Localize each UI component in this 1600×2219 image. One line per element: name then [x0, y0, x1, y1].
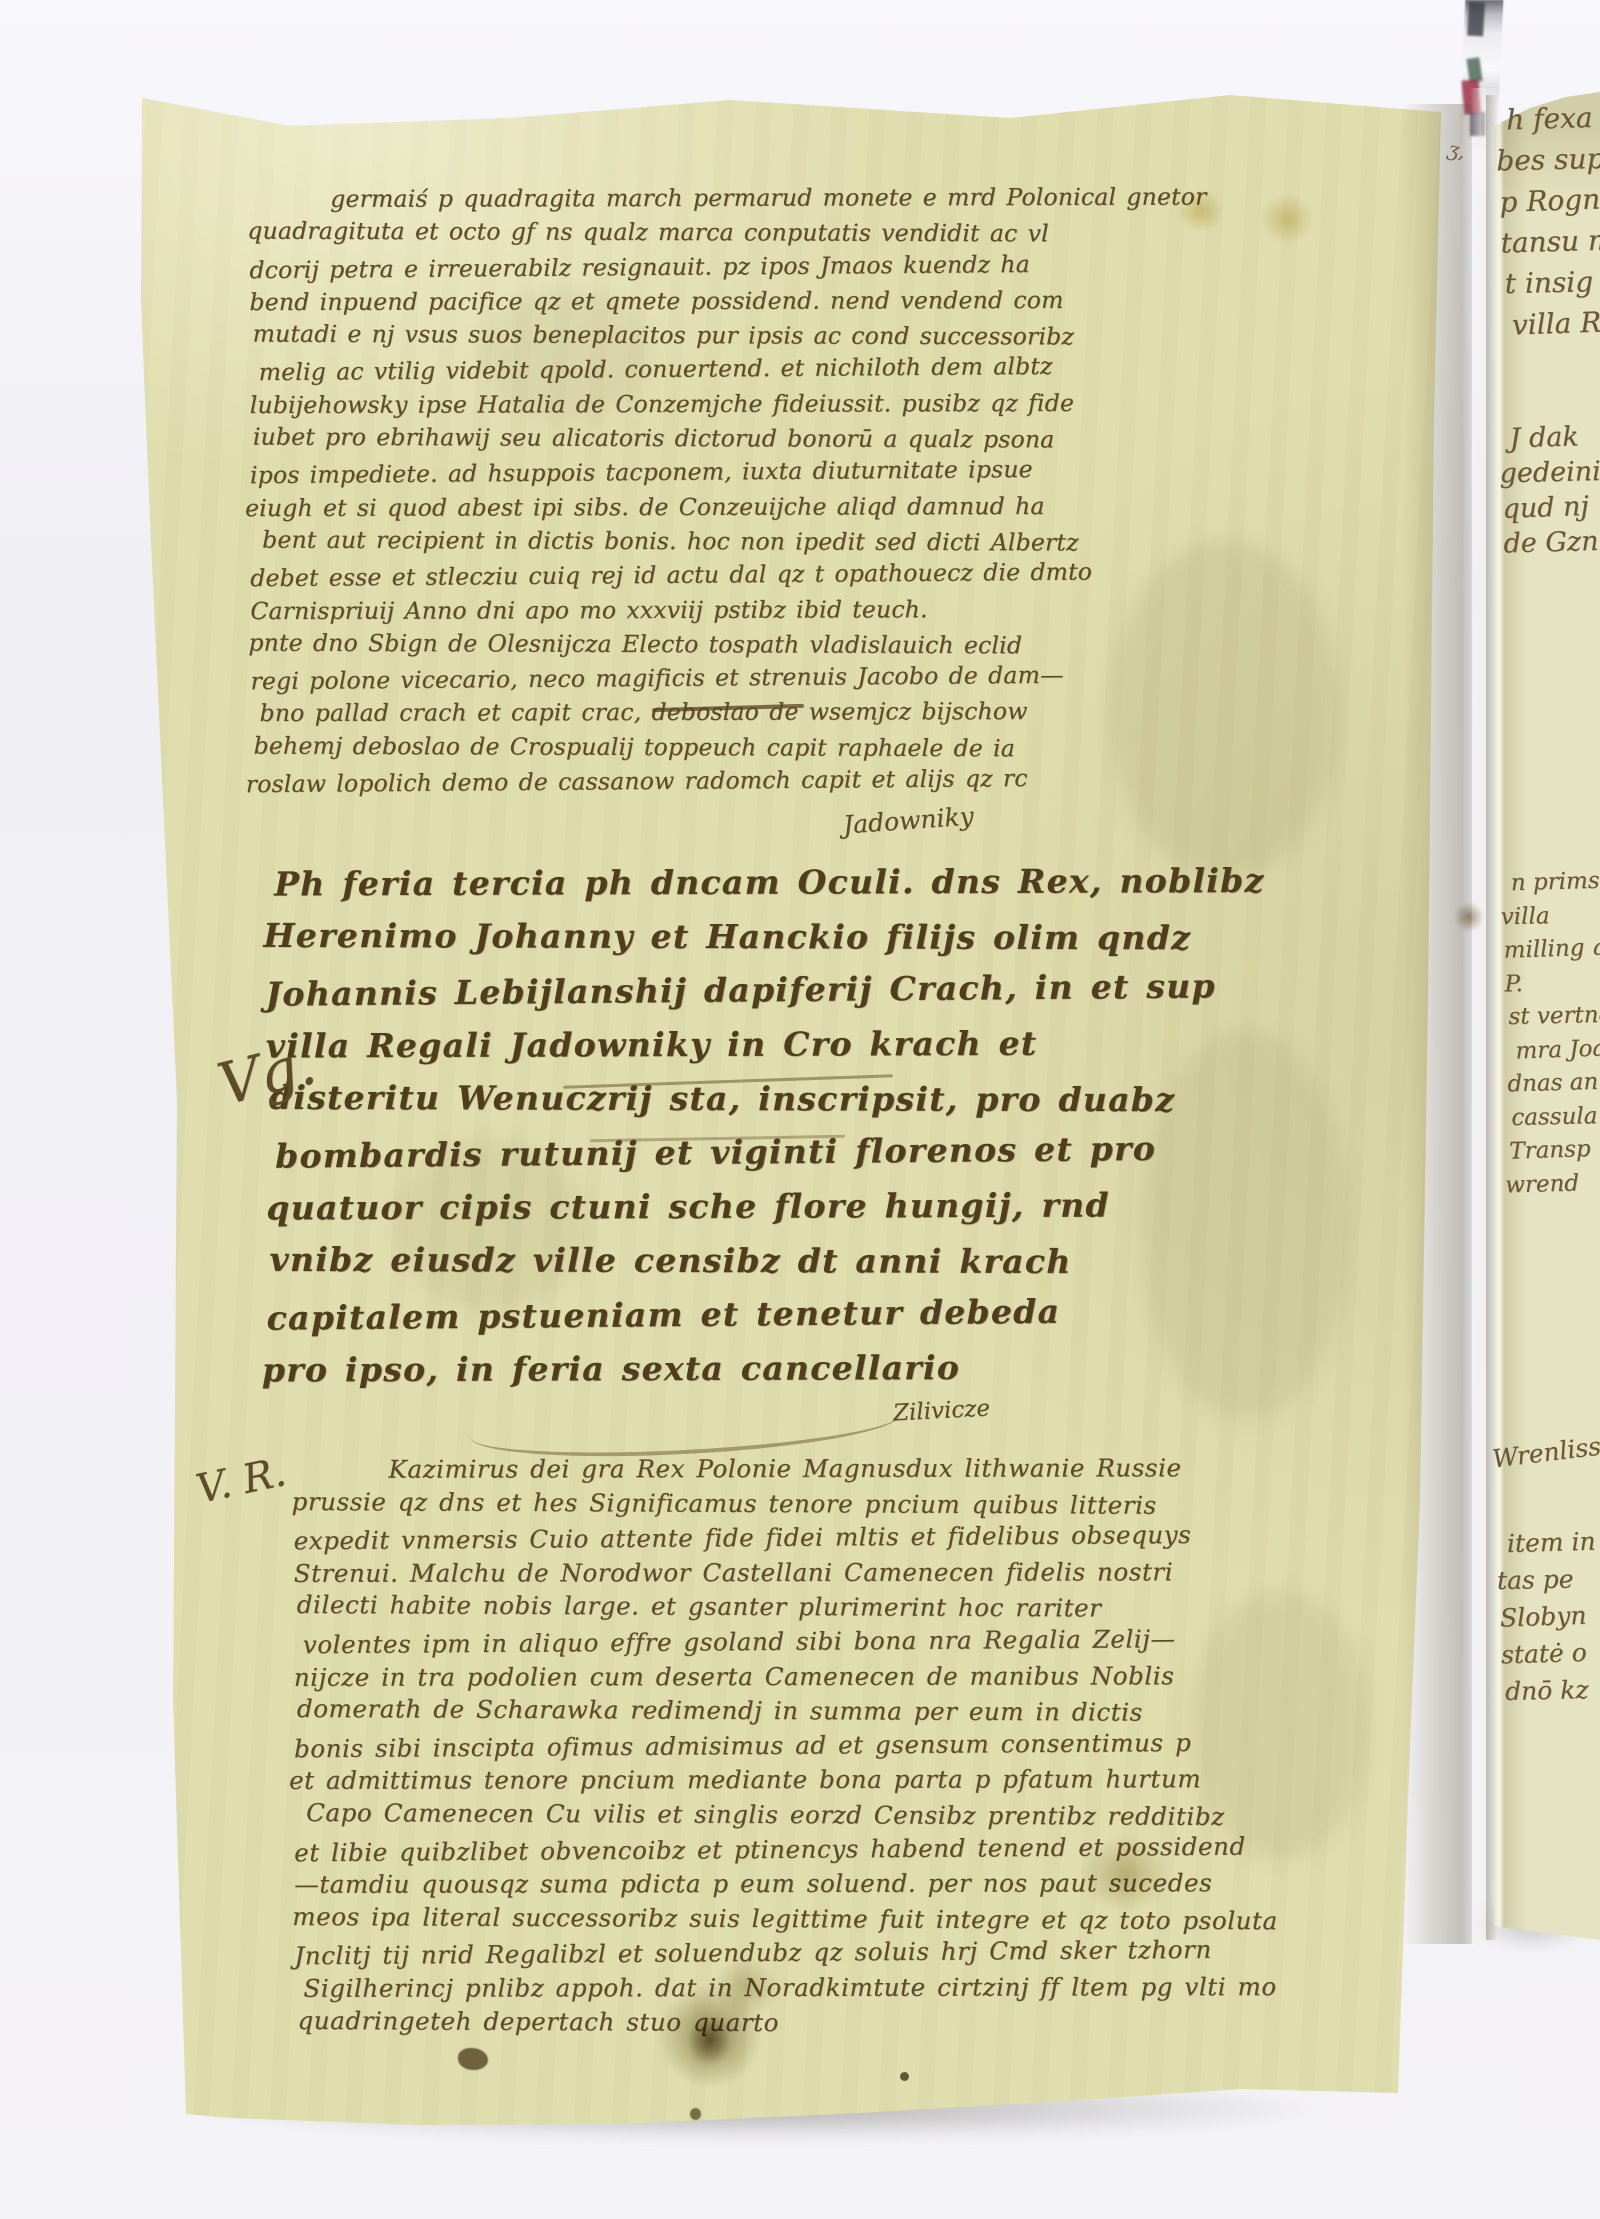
- text-line: bno pallad crach et capit crac, deboslao…: [260, 694, 1061, 730]
- text-line: melig ac vtilig videbit qpold. conuerten…: [259, 349, 1060, 390]
- yellow-stain: [1178, 190, 1224, 232]
- text-line: roslaw lopolich demo de cassanow radomch…: [246, 761, 1061, 802]
- text-line: tas pe: [1497, 1560, 1600, 1599]
- text-line: bonis sibi inscipta ofimus admisimus ad …: [294, 1725, 1234, 1766]
- ink-blot: [458, 2048, 488, 2070]
- text-line: J dak: [1509, 418, 1600, 456]
- text-line: nijcze in tra podolien cum deserta Camen…: [294, 1659, 1234, 1695]
- text-line: pnte dno Sbign de Olesnijcza Electo tosp…: [248, 625, 1063, 662]
- text-line: cassula: [1511, 1099, 1600, 1135]
- text-line: expedit vnmersis Cuio attente fide fidei…: [294, 1518, 1234, 1559]
- text-line: volentes ipm in aliquo effre gsoland sib…: [303, 1622, 1234, 1663]
- right-page-text-upper: J dakgedeiniqud njde Gznb: [1500, 418, 1600, 561]
- olive-brown-stain-halo: [714, 1956, 778, 2018]
- text-line: prussie qz dns et hes Significamus tenor…: [292, 1485, 1237, 1524]
- text-line: regi polone vicecario, neco magificis et…: [250, 658, 1060, 699]
- ink-speck: [690, 2108, 701, 2120]
- text-line: villa R: [1511, 301, 1600, 345]
- text-line: qud nj: [1502, 488, 1600, 527]
- text-line: gedeini: [1499, 454, 1600, 492]
- text-line: wrend: [1505, 1166, 1600, 1203]
- text-line: meos ipa literal successoribz suis legit…: [292, 1900, 1237, 1939]
- text-line: st vertne: [1508, 999, 1600, 1035]
- pale-stain: [1080, 1836, 1170, 1912]
- text-line: statė o: [1501, 1634, 1600, 1674]
- text-line: domerath de Scharawka redimendj in summa…: [297, 1692, 1237, 1731]
- text-line: Johannis Lebijlanshij dapiferij Crach, i…: [265, 960, 1115, 1021]
- text-line: bent aut recipient in dictis bonis. hoc …: [262, 523, 1063, 560]
- gutter-crease: [1486, 95, 1498, 1940]
- text-line: h fexa: [1506, 96, 1600, 140]
- text-line: eiugh et si quod abest ipi sibs. de Conz…: [245, 489, 1060, 525]
- gutter-shadow: [1402, 104, 1472, 1944]
- text-line: et admittimus tenore pncium mediante bon…: [289, 1763, 1234, 1799]
- text-line: de Gznb: [1503, 523, 1600, 561]
- text-line: Herenimo Johanny et Hanckio filijs olim …: [263, 909, 1118, 965]
- text-line: Strenui. Malchu de Norodwor Castellani C…: [294, 1555, 1234, 1591]
- text-line: mutadi e nj vsus suos beneplacitos pur i…: [253, 317, 1063, 354]
- text-line: villa Regali Jadowniky in Cro krach et: [266, 1017, 1116, 1074]
- text-line: t insig: [1504, 261, 1600, 304]
- text-line: item in: [1506, 1523, 1596, 1562]
- text-line: Capo Camenecen Cu vilis et singlis eorzd…: [306, 1796, 1237, 1835]
- text-line: ipos impediete. ad hsuppois tacponem, iu…: [250, 452, 1060, 493]
- text-line: Transp: [1509, 1132, 1600, 1169]
- text-line: P.: [1504, 965, 1600, 1001]
- text-line: dilecti habite nobis large. et gsanter p…: [297, 1588, 1237, 1627]
- text-line: villa: [1500, 898, 1600, 934]
- text-line: capitalem pstueniam et tenetur debeda: [266, 1284, 1116, 1345]
- text-line: bombardis rutunij et viginti florenos et…: [275, 1122, 1116, 1183]
- right-page-text-middle: n primsvillamilling qP.st vertnemra Joad…: [1501, 865, 1600, 1203]
- text-line: milling q: [1503, 931, 1600, 968]
- text-line: tansu m: [1500, 219, 1600, 263]
- olive-brown-stain-core: [688, 2016, 732, 2066]
- paragraph-block-1: germaiś p quadragita march permarud mone…: [249, 180, 1061, 799]
- text-line: bend inpuend pacifice qz et qmete possid…: [249, 283, 1059, 319]
- text-line: dnas an: [1507, 1066, 1600, 1102]
- text-line: mra Joa: [1515, 1032, 1600, 1069]
- text-line: Carnispriuij Anno dni apo mo xxxviij pst…: [250, 592, 1060, 628]
- text-line: iubet pro ebrihawij seu alicatoris dicto…: [253, 420, 1063, 457]
- text-line: quatuor cipis ctuni sche flore hungij, r…: [266, 1179, 1116, 1236]
- right-page-text-top: h fexabes supp Rognitansu mt insigvilla …: [1497, 96, 1600, 345]
- text-line: pro ipso, in feria sexta cancellario: [262, 1341, 1117, 1398]
- strip-dark-mark: [1467, 2, 1485, 37]
- text-line: lubijehowsky ipse Hatalia de Conzemjche …: [250, 386, 1060, 422]
- text-line: germaiś p quadragita march permarud mone…: [258, 180, 1059, 216]
- text-line: Ph feria tercia ph dncam Oculi. dns Rex,…: [274, 855, 1115, 912]
- yellow-stain: [1260, 194, 1314, 244]
- paragraph-block-3: Kazimirus dei gra Rex Polonie Magnusdux …: [293, 1451, 1234, 2041]
- ink-speck: [900, 2072, 909, 2081]
- manuscript-scan: germaiś p quadragita march permarud mone…: [0, 0, 1600, 2219]
- text-line: quadragituta et octo gf ns qualz marca c…: [247, 214, 1062, 251]
- text-line: debet esse et stlecziu cuiq rej id actu …: [250, 555, 1060, 596]
- showthrough-smudge: [1110, 540, 1340, 880]
- right-page-text-bottom: item intas peSlobynstatė odnō kz: [1497, 1523, 1600, 1711]
- text-line: dcorij petra e irreuerabilz resignauit. …: [249, 246, 1059, 287]
- text-line: dnō kz: [1505, 1671, 1600, 1710]
- text-line: vnibz eiusdz ville censibz dt anni krach: [269, 1233, 1119, 1289]
- text-line: bes sup: [1496, 138, 1600, 182]
- paragraph-block-2: Ph feria tercia ph dncam Oculi. dns Rex,…: [265, 855, 1117, 1398]
- text-line: n prims: [1510, 865, 1600, 901]
- section-heading-zilivicze: Zilivicze: [892, 1395, 990, 1426]
- text-line: disteritu Wenuczrij sta, inscripsit, pro…: [269, 1071, 1119, 1127]
- right-page-spot: [1454, 902, 1484, 932]
- text-line: p Rogni: [1499, 178, 1600, 223]
- text-line: behemj deboslao de Crospualij toppeuch c…: [254, 728, 1064, 765]
- text-line: Kazimirus dei gra Rex Polonie Magnusdux …: [302, 1451, 1233, 1487]
- text-line: Slobyn: [1499, 1596, 1598, 1636]
